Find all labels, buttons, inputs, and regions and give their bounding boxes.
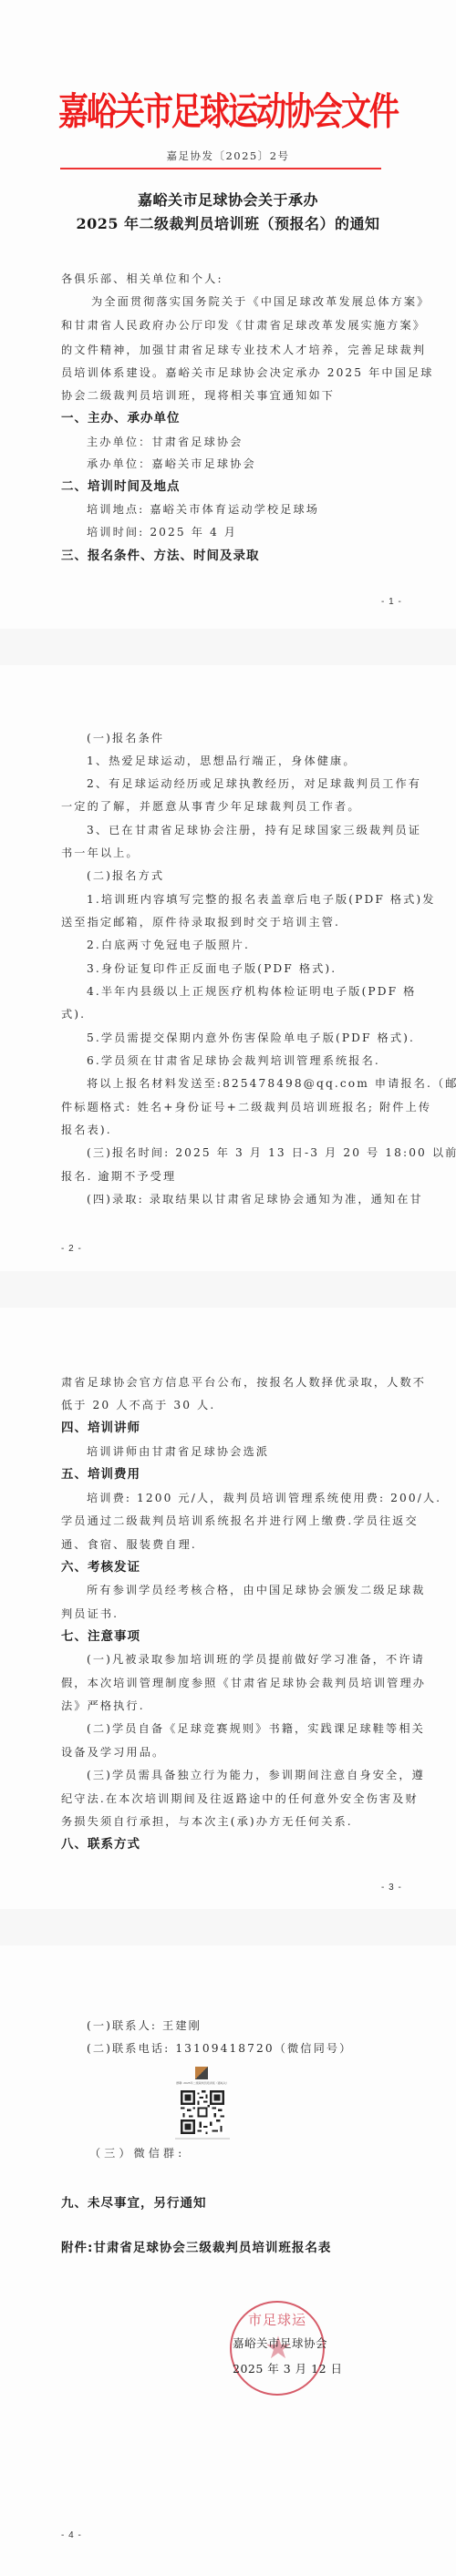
training-location: 培训地点: 嘉峪关市体育运动学校足球场 <box>87 502 319 517</box>
method-item: 5.学员需提交保期内意外伤害保险单电子版(PDF 格式). <box>87 1031 415 1045</box>
document-number: 嘉足协发〔2025〕2号 <box>0 149 456 163</box>
intro-line: 员培训体系建设。嘉峪关市足球协会决定承办 2025 年中国足球 <box>61 365 434 380</box>
page-break <box>0 1909 456 1945</box>
condition-item: 1、热爱足球运动，思想品行端正，身体健康。 <box>87 754 357 768</box>
note-item-cont: 务损失须自行承担，与本次主(承)办方无任何关系. <box>61 1814 353 1829</box>
fee-line: 通、食宿、服装费自理. <box>61 1537 197 1552</box>
qr-footer-line <box>175 2138 230 2140</box>
email-instruction-cont: 件标题格式: 姓名+身份证号+二级裁判员培训班报名; 附件上传 <box>61 1100 431 1114</box>
intro-line: 协会二级裁判员培训班，现将相关事宜通知如下 <box>61 388 335 403</box>
note-item-cont: 设备及学习用品。 <box>61 1745 165 1760</box>
method-item-cont: 式). <box>61 1007 86 1021</box>
notice-title-line1: 嘉峪关市足球协会关于承办 <box>0 190 456 210</box>
admission: (四)录取: 录取结果以甘肃省足球协会通知为准，通知在甘 <box>87 1192 423 1206</box>
method-item: 6.学员须在甘肃省足球协会裁判培训管理系统报名. <box>87 1053 380 1068</box>
intro-line: 为全面贯彻落实国务院关于《中国足球改革发展总体方案》 <box>91 294 430 309</box>
signing-organization: 嘉峪关市足球协会 <box>233 2335 327 2351</box>
section-heading-1: 一、主办、承办单位 <box>61 410 181 426</box>
wechat-group-qr[interactable]: 群聊: 2025年二级裁判员培训班（嘉峪关） <box>175 2067 230 2149</box>
page-number: - 2 - <box>61 1244 82 1254</box>
salutation: 各俱乐部、相关单位和个人: <box>61 272 223 286</box>
document-header-title: 嘉峪关市足球运动协会文件 <box>0 82 456 136</box>
certification-line: 所有参训学员经考核合格，由中国足球协会颁发二级足球裁 <box>87 1583 425 1597</box>
training-time: 培训时间: 2025 年 4 月 <box>87 525 237 539</box>
note-item-cont: 纪守法.在本次培训期间及往返路途中的任何意外安全伤害及财 <box>61 1791 419 1806</box>
intro-line: 和甘肃省人民政府办公厅印发《甘肃省足球改革发展实施方案》 <box>61 318 426 333</box>
condition-item-cont: 书一年以上。 <box>61 846 140 860</box>
condition-item: 3、已在甘肃省足球协会注册，持有足球国家三级裁判员证 <box>87 823 421 837</box>
signing-date: 2025 年 3 月 12 日 <box>233 2360 343 2376</box>
admission-cont: 低于 20 人不高于 30 人. <box>61 1398 215 1412</box>
qr-code-icon <box>181 2090 224 2134</box>
qr-caption: 群聊: 2025年二级裁判员培训班（嘉峪关） <box>175 2081 230 2085</box>
email-instruction: 将以上报名材料发送至:825478498@qq.com 申请报名.（邮 <box>87 1076 456 1091</box>
method-item: 3.身份证复印件正反面电子版(PDF 格式). <box>87 961 337 976</box>
section-heading-4: 四、培训讲师 <box>61 1420 140 1436</box>
section-heading-7: 七、注意事项 <box>61 1628 140 1645</box>
section-heading-2: 二、培训时间及地点 <box>61 478 181 495</box>
page-break <box>0 1271 456 1308</box>
note-item: (三)学员需具备独立行为能力，参训期间注意自身安全，遵 <box>87 1768 425 1782</box>
note-item: (二)学员自备《足球竞赛规则》书籍，实践课足球鞋等相关 <box>87 1721 425 1736</box>
seal-text: 市足球运 <box>232 2310 323 2329</box>
notice-title-line2: 2025 年二级裁判员培训班（预报名）的通知 <box>0 214 456 234</box>
page-number: - 4 - <box>61 2530 82 2540</box>
conditions-title: (一)报名条件 <box>87 731 164 745</box>
section-heading-3: 三、报名条件、方法、时间及录取 <box>61 548 260 564</box>
condition-item-cont: 一定的了解，并愿意从事青少年足球裁判员工作者。 <box>61 799 361 814</box>
header-divider <box>60 168 381 169</box>
intro-line: 的文件精神，加强甘肃省足球专业技术人才培养，完善足球裁判 <box>61 343 426 357</box>
note-item-cont: 假，本次培训管理制度参照《甘肃省足球协会裁判员培训管理办 <box>61 1676 426 1690</box>
trainer-info: 培训讲师由甘肃省足球协会选派 <box>87 1444 269 1459</box>
method-title: (二)报名方式 <box>87 868 164 883</box>
registration-time-cont: 报名. 逾期不予受理 <box>61 1169 176 1184</box>
method-item: 2.白底两寸免冠电子版照片. <box>87 938 250 952</box>
page-number: - 3 - <box>381 1883 402 1893</box>
method-item: 4.半年内县级以上正规医疗机构体检证明电子版(PDF 格 <box>87 984 416 999</box>
admission-cont: 肃省足球协会官方信息平台公布，按报名人数择优录取，人数不 <box>61 1375 426 1390</box>
certification-line: 判员证书. <box>61 1606 119 1621</box>
page-break <box>0 629 456 665</box>
organizer: 主办单位：甘肃省足球协会 <box>87 435 243 449</box>
group-avatar-image <box>195 2067 208 2079</box>
contact-phone: (二)联系电话: 13109418720（微信同号） <box>87 2041 352 2056</box>
section-heading-9: 九、未尽事宜，另行通知 <box>61 2195 207 2212</box>
fee-line: 学员通过二级裁判员培训系统报名并进行网上缴费.学员往返交 <box>61 1514 419 1528</box>
attachment-title[interactable]: 附件:甘肃省足球协会三级裁判员培训班报名表 <box>61 2240 331 2256</box>
registration-time: (三)报名时间: 2025 年 3 月 13 日-3 月 20 号 18:00 … <box>87 1145 456 1160</box>
condition-item: 2、有足球运动经历或足球执教经历，对足球裁判员工作有 <box>87 776 421 791</box>
wechat-group-label: （三）微信群: <box>89 2146 185 2160</box>
method-item-cont: 送至指定邮箱，原件待录取报到时交于培训主管. <box>61 915 340 929</box>
section-heading-6: 六、考核发证 <box>61 1559 140 1575</box>
note-item-cont: 法》严格执行. <box>61 1699 145 1713</box>
section-heading-5: 五、培训费用 <box>61 1466 140 1483</box>
method-item: 1.培训班内容填写完整的报名表盖章后电子版(PDF 格式)发 <box>87 892 436 907</box>
section-heading-8: 八、联系方式 <box>61 1836 140 1852</box>
email-instruction-cont: 报名表). <box>61 1123 112 1137</box>
page-number: - 1 - <box>381 597 402 607</box>
contact-person: (一)联系人: 王建刚 <box>87 2018 202 2033</box>
note-item: (一)凡被录取参加培训班的学员提前做好学习准备，不许请 <box>87 1652 425 1667</box>
fee-line: 培训费: 1200 元/人，裁判员培训管理系统使用费: 200/人. <box>87 1491 441 1505</box>
host: 承办单位：嘉峪关市足球协会 <box>87 457 256 471</box>
